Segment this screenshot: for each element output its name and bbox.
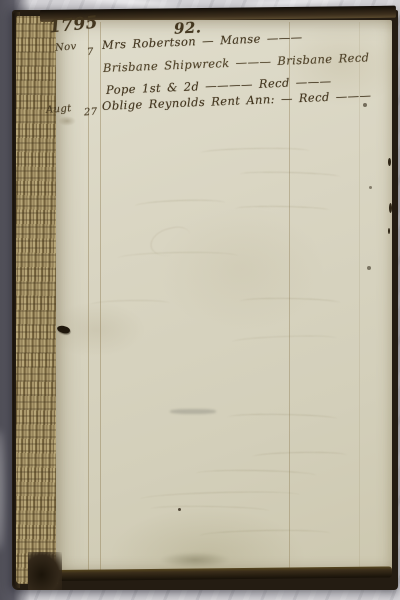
binding-bottom-corner <box>28 552 62 590</box>
foxing-spot <box>178 508 181 511</box>
stacked-page-edges <box>16 16 58 584</box>
foxing-spot <box>367 266 371 270</box>
entry-1-day: 7 <box>87 47 94 58</box>
edge-speck <box>388 228 390 234</box>
entry-1-month: Nov <box>55 41 77 53</box>
entry-4-month: Augt <box>46 103 72 116</box>
foxing-spot <box>369 186 372 189</box>
margin-rule-left-outer <box>88 22 89 571</box>
manuscript-photo: 1795 92. Nov 7 Mrs Robertson — Manse ———… <box>0 0 400 600</box>
edge-speck <box>389 203 392 213</box>
edge-speck <box>388 158 391 166</box>
entry-4-day: 27 <box>84 107 98 119</box>
gray-smear <box>170 409 216 414</box>
left-stain <box>58 116 76 126</box>
bottom-smudge <box>160 552 230 568</box>
column-rule-far-right <box>359 22 360 571</box>
margin-rule-left-inner <box>100 22 101 571</box>
foxing-spot <box>363 103 367 107</box>
